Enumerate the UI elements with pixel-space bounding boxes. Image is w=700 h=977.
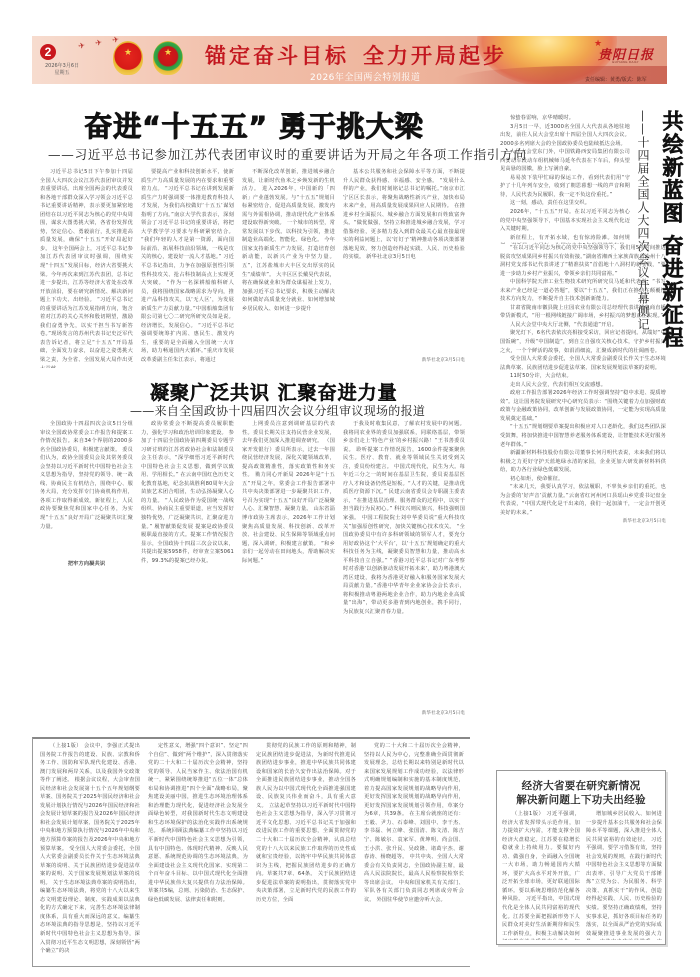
article2-byline-wrap: 新华社北京3月5日电	[400, 710, 465, 720]
box-headline-line-2: 解决新问题上下功夫出经验	[506, 793, 656, 807]
paragraph: 惊蛰春雷响，京华晴暖时。	[500, 114, 630, 123]
article1-byline-wrap: 新华社北京3月5日电	[400, 357, 465, 367]
second-subheadline: ——来自全国政协十四届四次会议分组审议现场的报道	[130, 402, 425, 419]
article3-column-3: 贯彻党的民族工作的原则和精神，制定民族团结进步促进法，为新时代推进民族团结进步事…	[256, 742, 356, 962]
box-headline-line-1: 经济大省要在研究新情况	[506, 779, 656, 793]
box-text: （上接1版） 习近平强调，经济大省发挥带头示范作用，加力提效扩大内需，才能支撑全…	[502, 810, 580, 940]
paragraph: 新征程上，有开拓水域，也有惊涛险滩。如何规划，谋新局、立目标，为国家未来5年发展…	[500, 234, 630, 244]
national-emblem-icon: ★	[113, 41, 143, 75]
article2-text: 上网委员注意到调研基层的代表性。委员长期关注支持民营企业发展，去年我们更加深入推…	[242, 420, 335, 565]
banner-slogan: 锚定奋斗目标全力开局起步	[205, 40, 507, 70]
paragraph: 2026年，“十五五”开局。在以习近平同志为核心的党中央坚强领导下，中国基本实现…	[500, 208, 630, 234]
second-headline: 凝聚广泛共识 汇聚奋进力量	[150, 378, 398, 405]
date-text: 2026年3月6日	[37, 63, 87, 70]
right-article-column-top: 惊蛰春雷响，京华晴暖时。 3月5日一早，近3000名全国人大代表从各地驻地出发，…	[500, 114, 630, 244]
paragraph: 易易放下装甲忙碌的保运工作，看到代表们用“守护了十几年列车安全，收到了朝思暮想一…	[500, 174, 630, 200]
article3-text: 贯彻党的民族工作的原则和精神，制定民族团结进步促进法，为新时代推进民族团结进步事…	[256, 742, 356, 904]
article3-column-2: 定性意义，增强“四个意识”、坚定“四个自信”、做到“两个维护”，深入贯彻落实党的…	[148, 742, 248, 962]
article1-column-2: 要提高产业和科技创新水平，使新质生产力高质量发展的内在要求和重要着力点。 “习近…	[141, 168, 234, 368]
article2-text: 政协常委会不断提高委员履职能力，强化学习和政治培训印象建设。 参加了十四届全国政…	[141, 420, 234, 565]
article1-text: 习近平总书记5日下午参加十四届全国人大四次会议江苏代表团审议并发表重要讲话。出席…	[40, 168, 133, 368]
article2-column-2: 政协常委会不断提高委员履职能力，强化学习和政治培训印象建设。 参加了十四届全国政…	[141, 420, 234, 720]
main-headline: 奋进“十五五” 勇于挑大梁	[74, 105, 434, 145]
right-article-column-bottom: “在以习近平同志为核心的党中央坚强领导下，我们用5年时间推进脱贫攻坚成果同乡村振…	[500, 244, 666, 749]
paragraph: 初心如炬，使命催征。	[500, 475, 666, 484]
paragraph: 受全国人大常委会委托，全国人大常委会副委员长作关于生态环境法典草案、民族团结进步…	[500, 355, 666, 372]
editor-credit: 责任编辑：黄勇/版式：陈军	[585, 76, 647, 83]
article2-section-title-wrap: 把牢方向凝共识	[40, 560, 133, 572]
paragraph: “十五五”规划纲要草案提出积极应对人口老龄化，我们这些团队深受鼓舞，将加快推进中…	[500, 423, 666, 449]
paragraph: 3月5日一早，近3000名全国人大代表从各地驻地出发，前往人民大会堂出席十四届全…	[500, 123, 630, 149]
paragraph: 中国科学院天津工业生物技术研究所研究员马延和代表说，“书写未来产业已经是一道必答…	[500, 278, 666, 304]
article2-text: 全国政协十四届四次会议5日分组审议全国政协常委会工作报告和提案工作情况报告。来自…	[40, 420, 133, 531]
paragraph: 聚光灯下，6名代表依次亮相接受采访，回应记者提问。从端好“中国饭碗”，升级“中国…	[500, 329, 666, 355]
special-report-label: 2026年全国两会特别报道	[310, 70, 420, 83]
weekday-text: 星期五	[37, 70, 87, 77]
article2-text: 于我及时收集民意，了解农村发展中的问题。我将同农业界的委员加强联系，同联络基层，…	[343, 420, 465, 617]
cppcc-emblem-icon: ★	[153, 41, 183, 75]
page-number: 2	[40, 44, 56, 60]
box-column-2: 增加城乡居民收入、如何进一步提升基本公共服务和社会保障水平等课题，深入推进全体人…	[586, 810, 662, 940]
slogan-part-2: 全力开局起步	[363, 43, 507, 68]
article3-text: （上接1版） 会议中，李强正式提出国务院工作报告的建设、民族、宗教和侨务工作、国…	[40, 742, 140, 956]
article2-column-3: 上网委员注意到调研基层的代表性。委员长期关注支持民营企业发展，去年我们更加深入推…	[242, 420, 335, 720]
paragraph: 这一刻，感动，责任在这里交织。	[500, 199, 630, 208]
paragraph: “在以习近平同志为核心的党中央坚强领导下，我们用5年时间推进脱贫攻坚成果同乡村振…	[500, 244, 666, 278]
paragraph: 政府工作报告部署2026年经济工作时强调坚持“稳中求进、提质增效”。这让国务院发…	[500, 389, 666, 423]
article1-column-3: 不断深化改革创新，推进城乡融合发展，让新时代鱼米之乡焕发新的生机活力。 进入20…	[242, 168, 335, 368]
paragraph: 11时50分许，大会结束。	[500, 372, 666, 381]
box-column-1: （上接1版） 习近平强调，经济大省发挥带头示范作用，加力提效扩大内需，才能支撑全…	[502, 810, 580, 940]
box-headline: 经济大省要在研究新情况 解决新问题上下功夫出经验	[506, 779, 656, 807]
section-title: 把牢方向凝共识	[40, 560, 133, 569]
paragraph: 新疆新材料科技股份有限公司董事长何月明代表说，未来我们将以积极之力更好守护天蓝地…	[500, 449, 666, 475]
article2-byline: 新华社北京3月5日电	[400, 710, 465, 719]
box-text: 增加城乡居民收入、如何进一步提升基本公共服务和社会保障水平等课题，深入推进全体人…	[586, 810, 662, 940]
slogan-part-1: 锚定奋斗目标	[205, 43, 349, 68]
paragraph: 人民大会堂中央大厅北侧，“代表通道”开启。	[500, 321, 666, 330]
newspaper-logo-en: GUIYANG DAILY	[612, 60, 639, 64]
article3-text: 党的二十大和二十届历次全会精神，坚持以人民为中心，完整准确全面贯彻新发展理念，总…	[364, 742, 464, 904]
article1-text: 不断深化改革创新，推进城乡融合发展，让新时代鱼米之乡焕发新的生机活力。 进入20…	[242, 168, 335, 313]
article3-column-4: 党的二十大和二十届历次全会精神，坚持以人民为中心，完整准确全面贯彻新发展理念，总…	[364, 742, 464, 962]
paragraph: 人民大会堂东门外，中国铁路西安局集团有限公司西安动车段动车组机械师马延冬代表在下…	[500, 148, 630, 174]
right-article-byline: 新华社北京3月5日电	[500, 518, 666, 527]
paragraph: “未来几天，我要认真学习，依法履职，不辜负乡亲们的重托，也为会委的‘好声音’贡献…	[500, 483, 666, 517]
article1-text: 要提高产业和科技创新水平，使新质生产力高质量发展的内在要求和重要着力点。 “习近…	[141, 168, 234, 365]
article1-text: 基本公共服务和社会保障水平等方面，不断提升人民群众获得感、幸福感、安全感。 “发…	[343, 168, 465, 262]
article1-column-4: 基本公共服务和社会保障水平等方面，不断提升人民群众获得感、幸福感、安全感。 “发…	[343, 168, 465, 358]
article3-column-1: （上接1版） 会议中，李强正式提出国务院工作报告的建设、民族、宗教和侨务工作、国…	[40, 742, 140, 962]
main-subheadline: ——习近平总书记参加江苏代表团审议时的重要讲话为开局之年各项工作指引方向	[48, 145, 527, 163]
paragraph: 甘肃省陇南市徽县陇上庄园农业有限公司总经理代表讲述电商直播带货新模式，“用一根网…	[500, 304, 666, 321]
article2-column-4: 于我及时收集民意，了解农村发展中的问题。我将同农业界的委员加强联系，同联络基层，…	[343, 420, 465, 720]
article3-text: 定性意义，增强“四个意识”、坚定“四个自信”、做到“两个维护”，深入贯彻落实党的…	[148, 742, 248, 904]
issue-date: 2026年3月6日 星期五	[37, 63, 87, 77]
article1-byline: 新华社北京3月5日电	[400, 357, 465, 366]
article1-column-1: 习近平总书记5日下午参加十四届全国人大四次会议江苏代表团审议并发表重要讲话。出席…	[40, 168, 133, 368]
paragraph: 走出人民大会堂，代表们相互交流感想。	[500, 381, 666, 390]
